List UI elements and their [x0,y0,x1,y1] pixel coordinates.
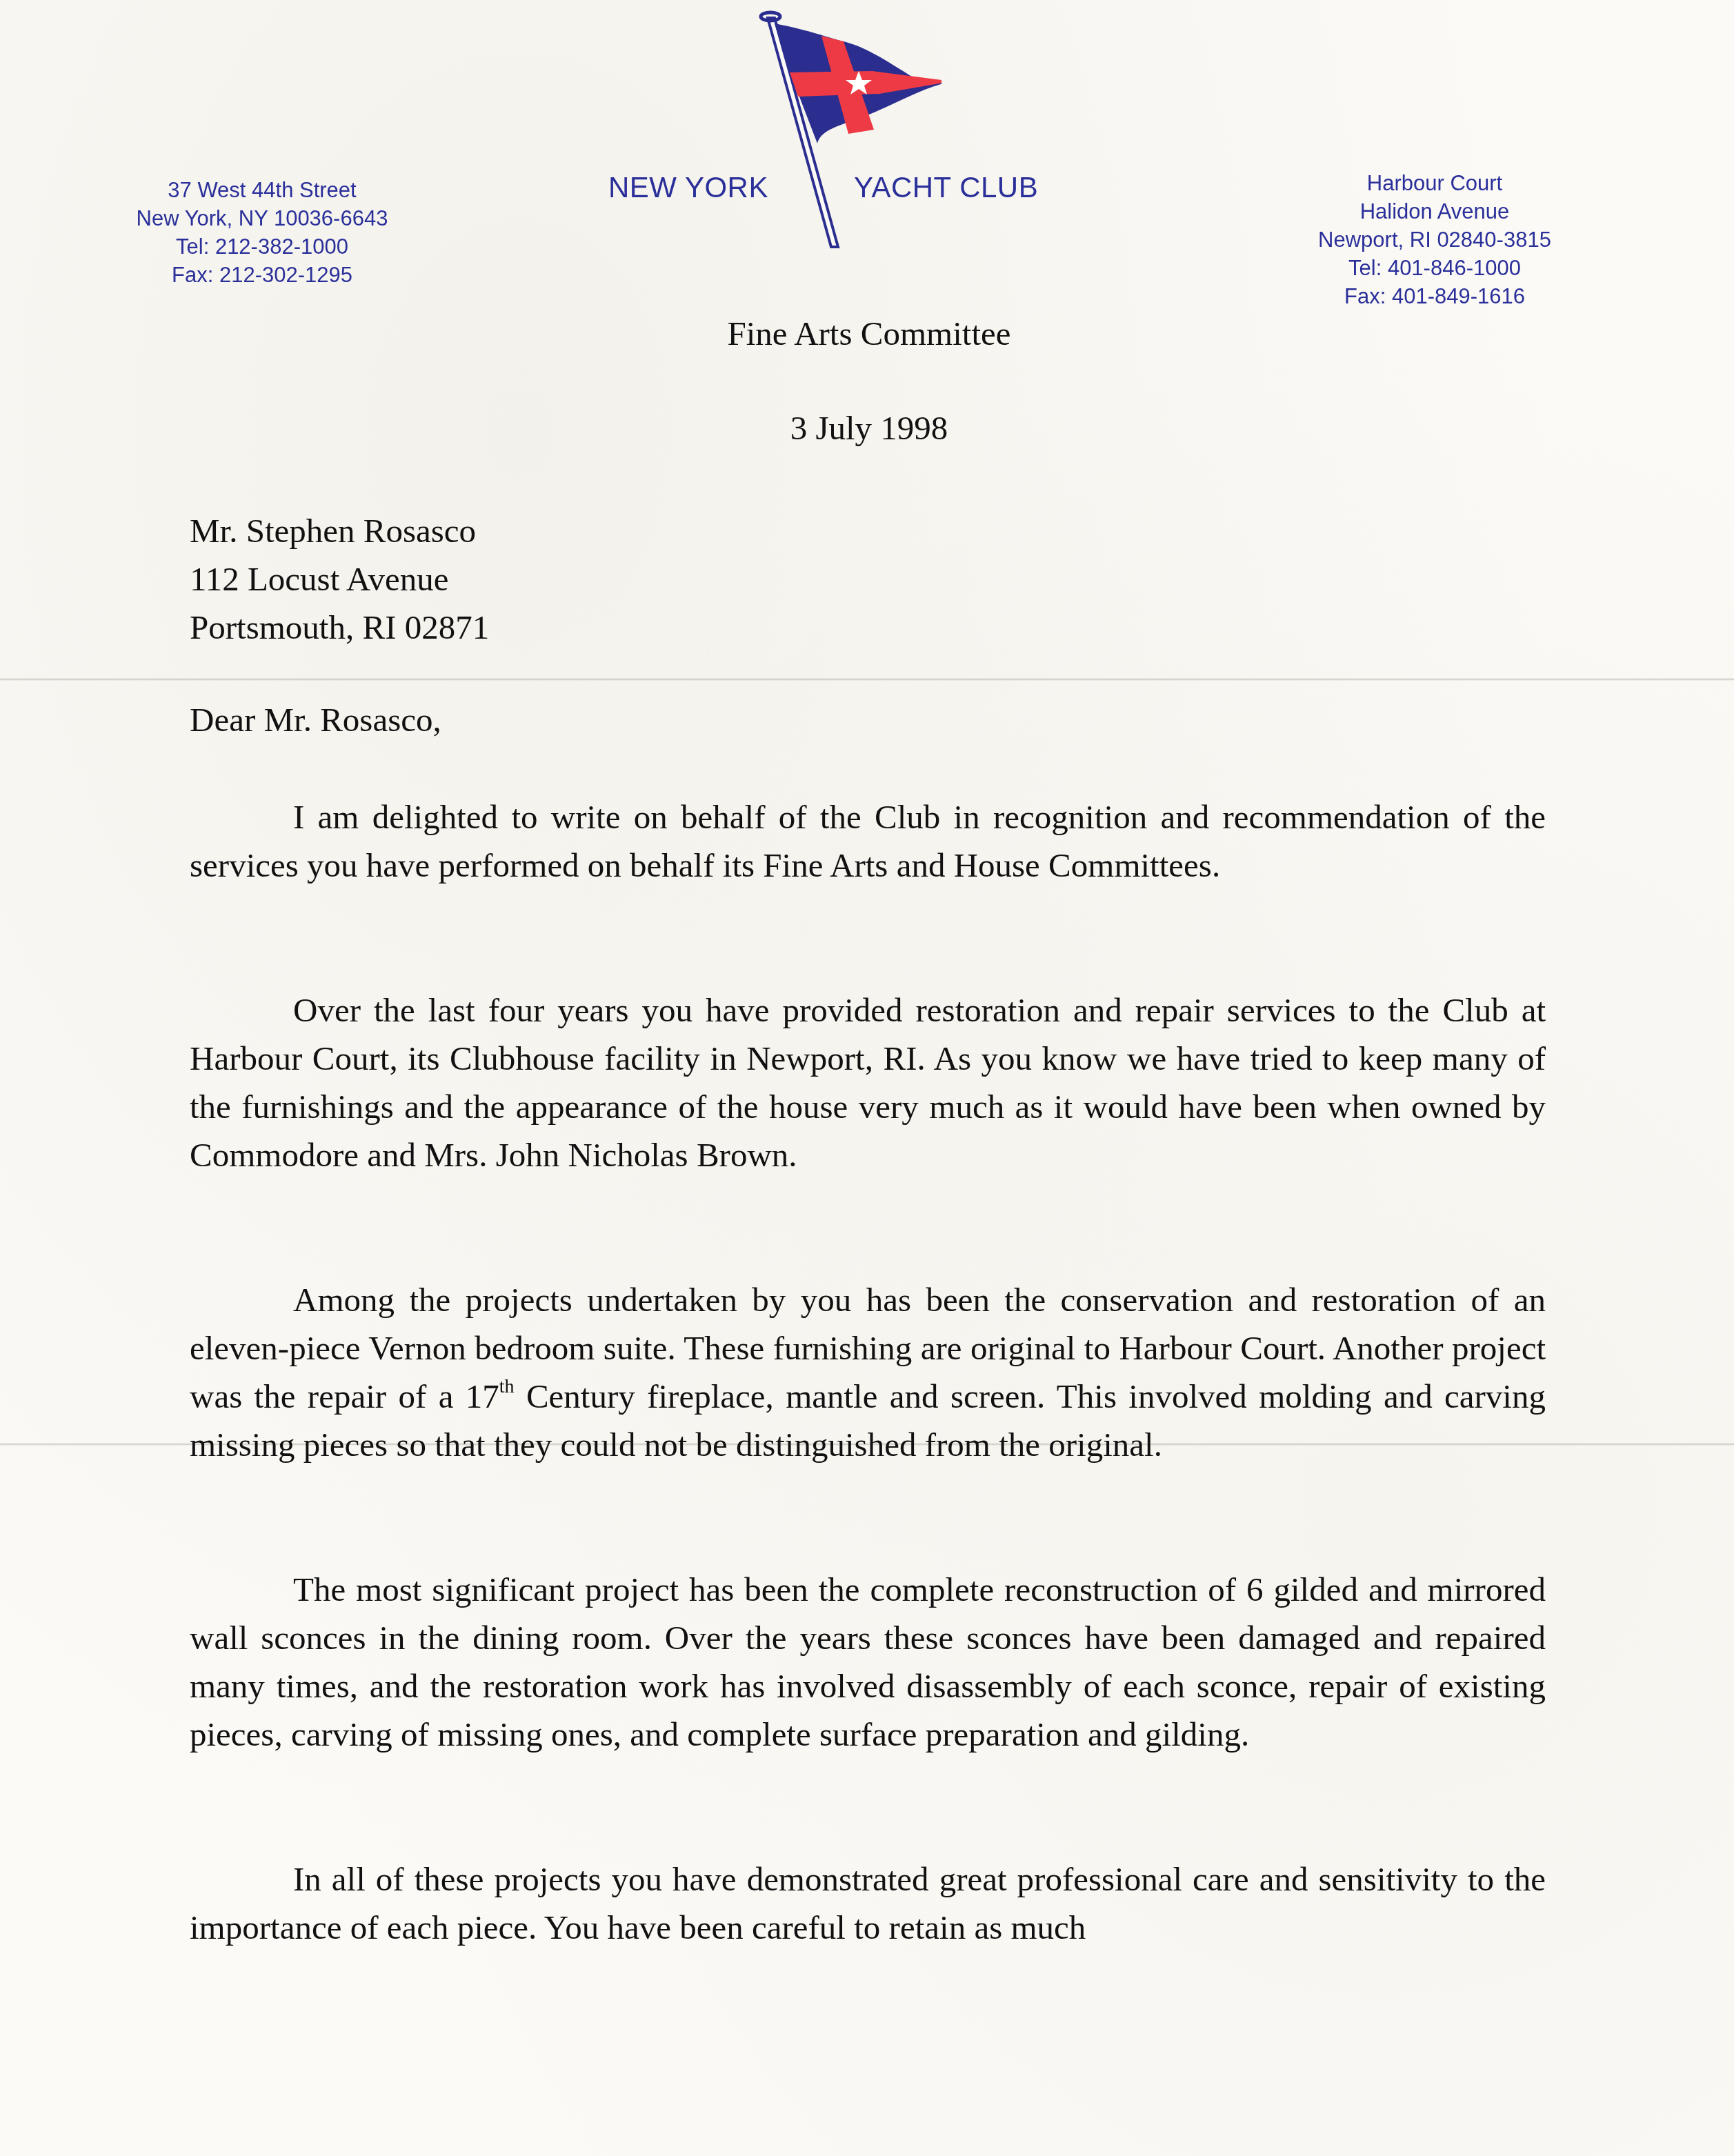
paper-fold-line [0,678,1734,681]
paragraph-text: Among the projects undertaken by you has… [190,1276,1546,1469]
address-line: Fax: 401-849-1616 [1290,282,1579,310]
address-line: Newport, RI 02840-3815 [1290,226,1579,254]
recipient-line: Mr. Stephen Rosasco [190,507,489,555]
recipient-address: Mr. Stephen Rosasco 112 Locust Avenue Po… [190,507,489,652]
address-line: 37 West 44th Street [110,176,414,204]
recipient-line: 112 Locust Avenue [190,555,489,603]
body-paragraph: Among the projects undertaken by you has… [190,1276,1546,1469]
letter-date: 3 July 1998 [690,408,1048,448]
address-line: Fax: 212-302-1295 [110,261,414,289]
salutation: Dear Mr. Rosasco, [190,700,441,739]
recipient-line: Portsmouth, RI 02871 [190,603,489,652]
address-line: Tel: 212-382-1000 [110,232,414,261]
body-paragraph: Over the last four years you have provid… [190,986,1546,1179]
paragraph-text: The most significant project has been th… [190,1566,1546,1759]
address-line: New York, NY 10036-6643 [110,204,414,232]
body-paragraph: I am delighted to write on behalf of the… [190,793,1546,890]
body-paragraph: In all of these projects you have demons… [190,1855,1546,1952]
paragraph-text: Over the last four years you have provid… [190,986,1546,1179]
address-line: Halidon Avenue [1290,197,1579,226]
burgee-flag-icon [755,6,941,250]
address-line: Harbour Court [1290,169,1579,197]
address-line: Tel: 401-846-1000 [1290,254,1579,282]
ordinal-suffix: th [499,1376,515,1397]
paragraph-text: I am delighted to write on behalf of the… [190,793,1546,890]
club-name-left: NEW YORK [608,171,768,204]
new-york-address: 37 West 44th Street New York, NY 10036-6… [110,176,414,289]
paragraph-text: In all of these projects you have demons… [190,1855,1546,1952]
body-paragraph: The most significant project has been th… [190,1566,1546,1759]
newport-address: Harbour Court Halidon Avenue Newport, RI… [1290,169,1579,310]
committee-heading: Fine Arts Committee [690,314,1048,353]
